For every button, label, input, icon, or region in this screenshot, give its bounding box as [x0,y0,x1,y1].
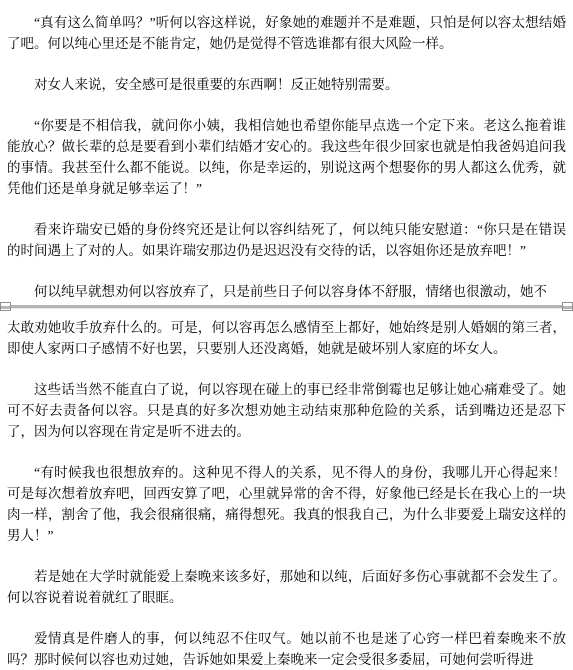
paragraph: “有时候我也很想放弃的。这种见不得人的关系，见不得人的身份，我哪儿开心得起来！可… [7,462,566,546]
paragraph: 何以纯早就想劝何以容放弃了，只是前些日子何以容身体不舒服，情绪也很激动，她不 [7,281,566,302]
page-break-handle-line [563,306,572,309]
paragraph: “真有这么简单吗？”听何以容这样说，好象她的难题并不是难题，只怕是何以容太想结婚… [7,12,566,54]
paragraph: 看来许瑞安已婚的身份终究还是让何以容纠结死了，何以纯只能安慰道：“你只是在错误的… [7,219,566,261]
paragraph: “你要是不相信我，就问你小姨，我相信她也希望你能早点选一个定下来。老这么拖着谁能… [7,115,566,199]
page-break-handle-left [0,302,11,311]
document-body: “真有这么简单吗？”听何以容这样说，好象她的难题并不是难题，只怕是何以容太想结婚… [7,12,566,670]
paragraph: 这些话当然不能直白了说，何以容现在碰上的事已经非常倒霉也足够让她心痛难受了。她可… [7,379,566,442]
page-break-line [0,305,573,309]
document-page: “真有这么简单吗？”听何以容这样说，好象她的难题并不是难题，只怕是何以容太想结婚… [0,0,573,670]
paragraph: 对女人来说，安全感可是很重要的东西啊！反正她特别需要。 [7,74,566,95]
paragraph: 爱情真是件磨人的事，何以纯忍不住叹气。她以前不也是迷了心窍一样巴着秦晚来不放吗？… [7,628,566,670]
page-break-divider [0,302,573,317]
page-break-handle-right [562,302,573,311]
paragraph: 太敢劝她收手放弃什么的。可是，何以容再怎么感情至上都好，她始终是别人婚姻的第三者… [7,317,566,359]
paragraph: 若是她在大学时就能爱上秦晚来该多好，那她和以纯，后面好多伤心事就都不会发生了。何… [7,566,566,608]
page-break-handle-line [1,306,10,309]
